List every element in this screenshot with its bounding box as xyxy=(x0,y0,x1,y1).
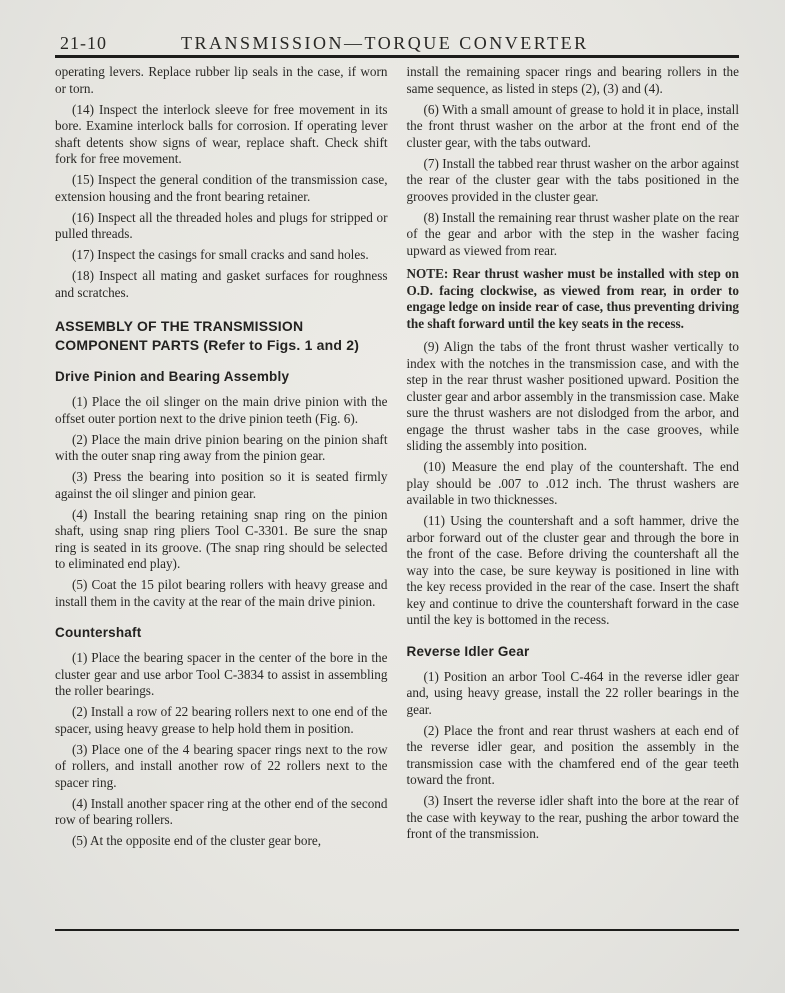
body-paragraph: (2) Place the main drive pinion bearing … xyxy=(55,432,388,465)
right-column: install the remaining spacer rings and b… xyxy=(407,64,740,924)
page-title: TRANSMISSION—TORQUE CONVERTER xyxy=(181,33,589,54)
body-paragraph: install the remaining spacer rings and b… xyxy=(407,64,740,97)
manual-page: 21-10 TRANSMISSION—TORQUE CONVERTER oper… xyxy=(0,0,785,993)
sub-heading: Drive Pinion and Bearing Assembly xyxy=(55,368,388,385)
body-paragraph: (4) Install the bearing retaining snap r… xyxy=(55,507,388,573)
body-paragraph: (5) At the opposite end of the cluster g… xyxy=(55,833,388,850)
body-paragraph: (10) Measure the end play of the counter… xyxy=(407,459,740,509)
body-paragraph: (18) Inspect all mating and gasket surfa… xyxy=(55,268,388,301)
header-rule xyxy=(55,55,739,58)
note-paragraph: NOTE: Rear thrust washer must be install… xyxy=(407,266,740,332)
body-paragraph: (6) With a small amount of grease to hol… xyxy=(407,102,740,152)
body-paragraph: (15) Inspect the general condition of th… xyxy=(55,172,388,205)
body-paragraph: (7) Install the tabbed rear thrust washe… xyxy=(407,156,740,206)
body-paragraph: (4) Install another spacer ring at the o… xyxy=(55,796,388,829)
sub-heading: Countershaft xyxy=(55,624,388,641)
body-paragraph: (5) Coat the 15 pilot bearing rollers wi… xyxy=(55,577,388,610)
body-paragraph: (3) Place one of the 4 bearing spacer ri… xyxy=(55,742,388,792)
body-paragraph: (9) Align the tabs of the front thrust w… xyxy=(407,339,740,455)
body-paragraph: (14) Inspect the interlock sleeve for fr… xyxy=(55,102,388,168)
body-paragraph: (8) Install the remaining rear thrust wa… xyxy=(407,210,740,260)
body-paragraph: (2) Place the front and rear thrust wash… xyxy=(407,723,740,789)
footer-rule xyxy=(55,929,739,931)
body-paragraph: (1) Place the oil slinger on the main dr… xyxy=(55,394,388,427)
body-paragraph: (17) Inspect the casings for small crack… xyxy=(55,247,388,264)
body-paragraph: (11) Using the countershaft and a soft h… xyxy=(407,513,740,629)
body-paragraph: (1) Place the bearing spacer in the cent… xyxy=(55,650,388,700)
body-paragraph: operating levers. Replace rubber lip sea… xyxy=(55,64,388,97)
text-columns: operating levers. Replace rubber lip sea… xyxy=(55,64,739,924)
page-number: 21-10 xyxy=(60,33,107,54)
body-paragraph: (1) Position an arbor Tool C-464 in the … xyxy=(407,669,740,719)
body-paragraph: (2) Install a row of 22 bearing rollers … xyxy=(55,704,388,737)
section-heading: ASSEMBLY OF THE TRANSMISSION COMPONENT P… xyxy=(55,317,388,354)
body-paragraph: (3) Insert the reverse idler shaft into … xyxy=(407,793,740,843)
body-paragraph: (3) Press the bearing into position so i… xyxy=(55,469,388,502)
body-paragraph: (16) Inspect all the threaded holes and … xyxy=(55,210,388,243)
left-column: operating levers. Replace rubber lip sea… xyxy=(55,64,388,924)
sub-heading: Reverse Idler Gear xyxy=(407,643,740,660)
page-header: 21-10 TRANSMISSION—TORQUE CONVERTER xyxy=(60,33,737,54)
